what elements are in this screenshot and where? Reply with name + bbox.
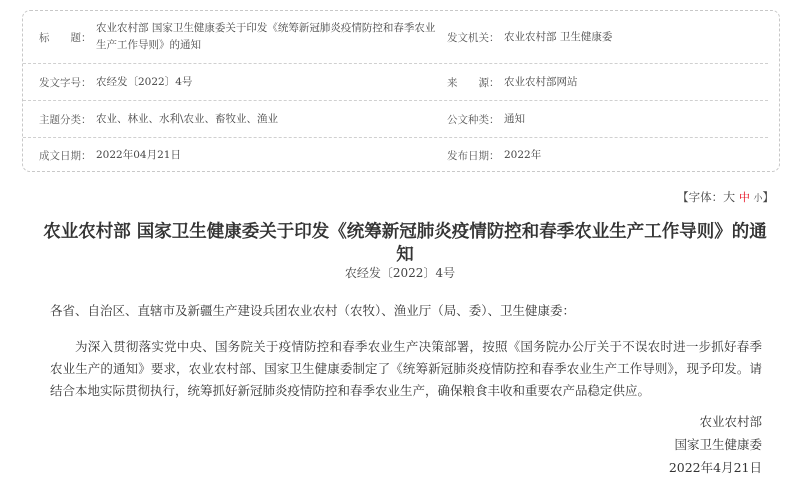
info-label: 主题分类：: [39, 101, 99, 137]
font-size-label: 【字体：: [677, 190, 723, 204]
info-value-written-date: 2022年04月21日: [96, 138, 436, 172]
signature-org-2: 国家卫生健康委: [669, 433, 762, 456]
info-row-title: 标 题： 农业农村部 国家卫生健康委关于印发《统筹新冠肺炎疫情防控和春季农业生产…: [23, 11, 768, 64]
article-title: 农业农村部 国家卫生健康委关于印发《统筹新冠肺炎疫情防控和春季农业生产工作导则》…: [40, 221, 770, 267]
info-row-dates: 成文日期： 2022年04月21日 发布日期： 2022年: [23, 138, 768, 172]
signature-org-1: 农业农村部: [669, 410, 762, 433]
info-value-issuer: 农业农村部 卫生健康委: [504, 11, 764, 63]
info-label: 公文种类：: [447, 101, 507, 137]
info-value-title: 农业农村部 国家卫生健康委关于印发《统筹新冠肺炎疫情防控和春季农业生产工作导则》…: [96, 11, 436, 63]
article-addressee: 各省、自治区、直辖市及新疆生产建设兵团农业农村（农牧）、渔业厅（局、委）、卫生健…: [50, 300, 762, 322]
article-signature: 农业农村部 国家卫生健康委 2022年4月21日: [669, 410, 762, 479]
info-label: 发布日期：: [447, 138, 507, 172]
info-label: 发文字号：: [39, 64, 99, 100]
font-size-medium-button[interactable]: 中: [739, 191, 750, 204]
info-value-publish-date: 2022年: [504, 138, 764, 172]
info-value-source: 农业农村部网站: [504, 64, 764, 100]
article-doc-number: 农经发〔2022〕4号: [0, 264, 800, 281]
info-label: 发文机关：: [447, 11, 507, 63]
info-label: 成文日期：: [39, 138, 99, 172]
font-size-control: 【字体：大 中 小】: [677, 188, 774, 205]
font-size-close-bracket: 】: [763, 190, 775, 204]
document-info-box: 标 题： 农业农村部 国家卫生健康委关于印发《统筹新冠肺炎疫情防控和春季农业生产…: [22, 10, 780, 172]
info-value-doc-number: 农经发〔2022〕4号: [96, 64, 436, 100]
info-label: 来 源：: [447, 64, 507, 100]
document-page: 标 题： 农业农村部 国家卫生健康委关于印发《统筹新冠肺炎疫情防控和春季农业生产…: [0, 0, 800, 479]
article-paragraph: 为深入贯彻落实党中央、国务院关于疫情防控和春季农业生产决策部署，按照《国务院办公…: [50, 336, 762, 402]
font-size-large-button[interactable]: 大: [723, 190, 735, 204]
article-body: 各省、自治区、直辖市及新疆生产建设兵团农业农村（农牧）、渔业厅（局、委）、卫生健…: [50, 300, 762, 402]
info-row-doc-number: 发文字号： 农经发〔2022〕4号 来 源： 农业农村部网站: [23, 64, 768, 101]
info-label: 标 题：: [39, 11, 99, 63]
info-row-category: 主题分类： 农业、林业、水利\农业、畜牧业、渔业 公文种类： 通知: [23, 101, 768, 138]
signature-date: 2022年4月21日: [669, 456, 762, 479]
info-value-doc-type: 通知: [504, 101, 764, 137]
font-size-small-button[interactable]: 小: [753, 194, 762, 204]
info-value-category: 农业、林业、水利\农业、畜牧业、渔业: [96, 101, 436, 137]
